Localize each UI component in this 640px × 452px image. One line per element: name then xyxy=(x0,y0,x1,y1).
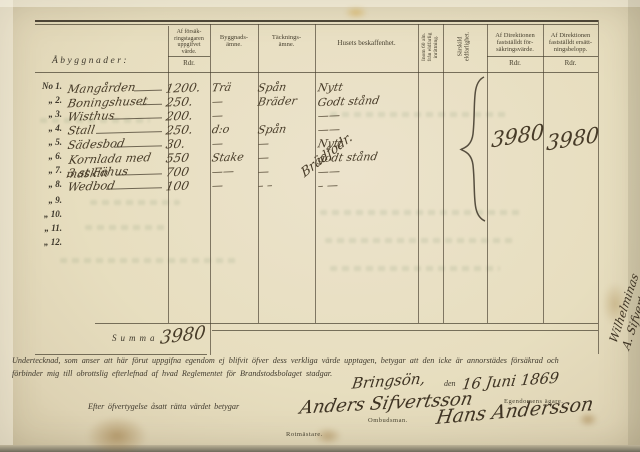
row-number: „ 10. xyxy=(24,209,62,219)
house-condition: —— xyxy=(317,109,341,123)
declared-value: 1200. xyxy=(165,80,202,95)
building-material: —— xyxy=(211,165,235,179)
table-row: „ 5. Sädesbod 30. — — Nytt xyxy=(0,137,640,151)
row-number: „ 11. xyxy=(24,223,62,233)
header-within-60-ells: Inom 60 aln. från eldfarlig inrättning. xyxy=(421,13,439,81)
stain xyxy=(344,6,368,19)
row-number: „ 6. xyxy=(24,151,62,161)
row-number: No 1. xyxy=(24,81,62,91)
declared-value: 250. xyxy=(165,95,194,110)
header-roofing-material: Täcknings- ämne. xyxy=(259,34,314,48)
building-name: Wedbod xyxy=(67,178,117,194)
roofing-material: — xyxy=(257,151,270,164)
scan-edge-top xyxy=(0,0,640,7)
declared-value: 100 xyxy=(165,179,191,194)
bleed-through xyxy=(330,266,500,271)
header-approved-value-unit: Rdr. xyxy=(487,60,543,67)
rotmaster-title: Rotmästare. xyxy=(286,431,323,438)
building-name: Stall xyxy=(67,123,96,138)
table-row: „ 12. xyxy=(0,237,640,251)
stain xyxy=(86,416,148,452)
table-row: „ 8. Wedbod 100 — – – – — xyxy=(0,179,640,193)
body-bottom-rule xyxy=(95,323,598,324)
table-row: „ 10. xyxy=(0,209,640,223)
house-condition: —— xyxy=(317,123,341,137)
place-handwritten: Bringsön, xyxy=(351,369,427,392)
pen-rule xyxy=(116,173,162,175)
building-material: — xyxy=(211,95,224,108)
building-material: Trä xyxy=(211,81,233,95)
roofing-material: — xyxy=(257,137,270,150)
building-material: d:o xyxy=(211,123,231,137)
declared-value: 550 xyxy=(165,151,191,166)
header-house-condition: Husets beskaffenhet. xyxy=(316,40,417,47)
den-label: den xyxy=(444,379,456,388)
building-material: — xyxy=(211,109,224,122)
scanned-form-page: Åbyggnader: Af försäk- ringstagaren uppg… xyxy=(0,0,640,452)
header-declared-value: Af försäk- ringstagaren uppgifvet värde. xyxy=(169,29,209,55)
table-end-rule xyxy=(35,354,207,355)
row-number: „ 7. xyxy=(24,165,62,175)
row-number: „ 3. xyxy=(24,109,62,119)
header-special-fire-risk: Särskild eldfarlighet. xyxy=(458,14,471,80)
roofing-material: Spån xyxy=(257,123,288,137)
table-row: „ 11. xyxy=(0,223,640,237)
row-number: „ 12. xyxy=(24,237,62,247)
header-approved-compensation: Af Direktionen fastställdt ersätt- nings… xyxy=(544,32,597,53)
grouping-brace xyxy=(458,74,492,224)
pen-rule xyxy=(96,131,162,134)
building-material: — xyxy=(211,137,224,150)
table-top-rule xyxy=(35,20,598,22)
rdr-rule-value xyxy=(168,56,210,57)
header-building-material: Byggnads- ämne. xyxy=(211,34,257,48)
bleed-through xyxy=(60,258,240,263)
header-declared-value-unit: Rdr. xyxy=(168,60,210,67)
building-name: 3 st Fähus xyxy=(67,164,130,180)
row-number: „ 8. xyxy=(24,179,62,189)
declared-value: 250. xyxy=(165,123,194,138)
header-approved-value: Af Direktionen fastställdt för- säkrings… xyxy=(488,32,542,53)
pen-rule xyxy=(134,90,162,92)
house-condition: – — xyxy=(317,179,339,193)
building-name: Wisthus xyxy=(67,108,116,124)
summa-value: 3980 xyxy=(159,322,206,349)
row-number: „ 9. xyxy=(24,195,62,205)
house-condition: Godt stånd xyxy=(317,94,381,109)
declaration-line-1: Undertecknad, som anser att här förut up… xyxy=(12,356,634,365)
summa-rule xyxy=(212,330,598,331)
pen-rule xyxy=(110,117,162,119)
table-top-rule-2 xyxy=(35,24,598,25)
table-row: „ 2. Boningshuset 250. — Bräder Godt stå… xyxy=(0,95,640,109)
roofing-material: – – xyxy=(257,179,274,192)
ombudsman-title: Ombudsman. xyxy=(368,417,408,424)
roofing-material: Bräder xyxy=(257,94,298,108)
pen-rule xyxy=(140,104,162,106)
header-approved-compensation-unit: Rdr. xyxy=(543,60,598,67)
table-row: „ 9. xyxy=(0,195,640,209)
pen-rule xyxy=(106,187,162,189)
declared-value: 200. xyxy=(165,109,194,124)
date-handwritten: 16 Juni 1869 xyxy=(461,369,560,394)
row-number: „ 2. xyxy=(24,95,62,105)
roofing-material: — xyxy=(257,165,270,178)
attest-label: Efter öfvertygelse åsatt rätta värdet be… xyxy=(88,402,239,411)
summa-label: Summa xyxy=(112,333,159,343)
building-material-struck: Stake xyxy=(211,150,245,164)
building-name: Sädesbod xyxy=(67,136,126,152)
row-number: „ 5. xyxy=(24,137,62,147)
row-number: „ 4. xyxy=(24,123,62,133)
buildings-column-header: Åbyggnader: xyxy=(52,56,129,66)
header-bottom-rule xyxy=(35,72,598,73)
pen-rule xyxy=(114,145,162,147)
table-row: No 1. Mangården 1200. Trä Spån Nytt xyxy=(0,81,640,95)
roofing-material: Spån xyxy=(257,81,288,95)
building-material: — xyxy=(211,179,224,192)
declared-value: 700 xyxy=(165,165,191,180)
house-condition: Nytt xyxy=(317,81,344,95)
